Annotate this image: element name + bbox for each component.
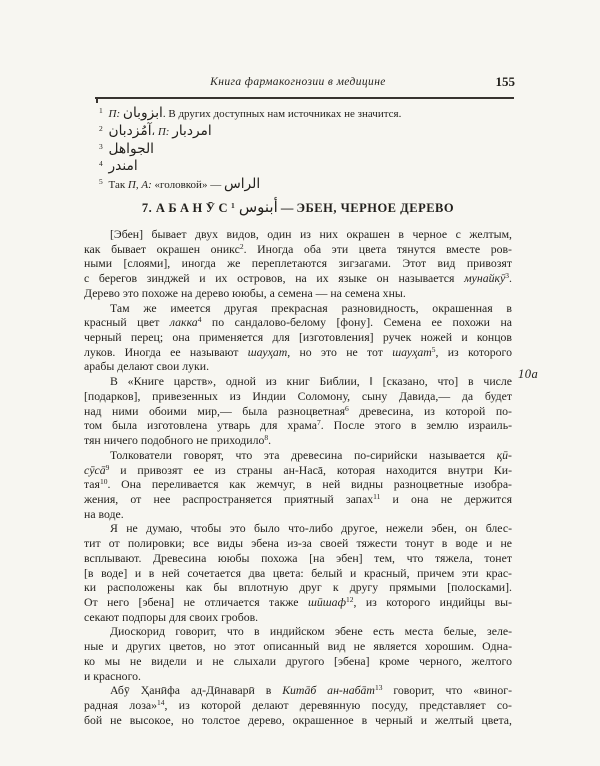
text-line: секают подпоры для своих гробов.	[84, 610, 512, 625]
text-line: ные и других цветов, но этот описанный в…	[84, 639, 512, 654]
footnote-marker: 1	[231, 201, 235, 210]
footnotes-block: 1 П: ابزوبان. В других доступных нам ист…	[99, 105, 515, 194]
footnote-marker: 11	[373, 492, 380, 501]
footnote-marker: 7	[317, 418, 321, 427]
footnote-marker: 13	[375, 683, 383, 692]
text-line: тая10. Она переливается как жемчуг, в не…	[84, 477, 512, 492]
arabic-text: أبنوس	[239, 198, 278, 216]
footnote-marker: 3	[505, 271, 509, 280]
paragraph: [Эбен] бывает двух видов, один из них ок…	[84, 227, 512, 301]
text-line: красный цвет лакка4 по сандалово-белому …	[84, 315, 512, 330]
text-line: Там же имеется другая прекрасная разнови…	[84, 301, 512, 316]
paragraph: Диоскорид говорит, что в индийском эбене…	[84, 624, 512, 683]
footnote-marker: 14	[157, 698, 165, 707]
footnote-marker: 2	[99, 124, 103, 133]
text-line: ки расположены как бы вплотную друг к др…	[84, 580, 512, 595]
text-line: От него [эбена] не отличается также шӣша…	[84, 595, 512, 610]
page-number: 155	[496, 74, 516, 90]
footnote: 1 П: ابزوبان. В других доступных нам ист…	[99, 105, 515, 123]
text-line: черный перец; она применяется для [изгот…	[84, 330, 512, 345]
body-text: [Эбен] бывает двух видов, один из них ок…	[84, 227, 512, 727]
paragraph: В «Книге царств», одной из книг Библии, …	[84, 374, 512, 448]
footnote-marker: 6	[345, 404, 349, 413]
text-line: как бывает окрашен оникс2. Иногда оба эт…	[84, 242, 512, 257]
text-line: ными [слоями], иногда же переплетаются з…	[84, 256, 512, 271]
arabic-text: آمُزدبان	[109, 123, 152, 139]
arabic-text: امردبار	[172, 123, 212, 139]
header-rule	[95, 97, 514, 99]
footnote-marker: 10	[100, 477, 108, 486]
text-line: Я не думаю, чтобы это было что-либо друг…	[84, 521, 512, 536]
footnote-marker: 4	[198, 315, 202, 324]
paragraph: Толкователи говорят, что эта древесина п…	[84, 448, 512, 522]
text-line: сӯсā9 и привозят ее из страны ан-Насā, к…	[84, 463, 512, 478]
footnote-marker: 2	[240, 242, 244, 251]
page-header: Книга фармакогнозии в медицине 155	[84, 76, 512, 92]
running-head: Книга фармакогнозии в медицине	[84, 76, 512, 88]
arabic-text: ابزوبان	[123, 105, 163, 121]
text-line: тит от полировки; все виды эбена из-за с…	[84, 536, 512, 551]
footnote-marker: 4	[99, 159, 103, 168]
footnote-marker: 3	[99, 142, 103, 151]
scanned-book-page: Книга фармакогнозии в медицине 155 1 П: …	[0, 0, 600, 766]
footnote: 4 امندر	[99, 158, 515, 176]
footnote-marker: 8	[264, 433, 268, 442]
arabic-text: الجواهل	[109, 141, 154, 157]
folio-margin-note: 10а	[518, 367, 538, 382]
text-line: радная лоза»14, из которой делают деревя…	[84, 698, 512, 713]
footnote: 2 آمُزدبان، П: امردبار	[99, 123, 515, 141]
arabic-text: الراس	[224, 176, 260, 192]
footnote-marker: 5	[99, 177, 103, 186]
paragraph: Там же имеется другая прекрасная разнови…	[84, 301, 512, 375]
footnote-marker: 12	[346, 595, 354, 604]
footnote-marker: 1	[99, 106, 103, 115]
text-line: Диоскорид говорит, что в индийском эбене…	[84, 624, 512, 639]
text-line: [Эбен] бывает двух видов, один из них ок…	[84, 227, 512, 242]
text-line: В «Книге царств», одной из книг Библии, …	[84, 374, 512, 389]
text-line: арабы делают свои луки.	[84, 359, 512, 374]
footnote-marker: 9	[106, 463, 110, 472]
paragraph: Я не думаю, чтобы это было что-либо друг…	[84, 521, 512, 624]
text-line: бой не высокое, но толстое дерево, окраш…	[84, 713, 512, 728]
text-line: ко мы не видели и не слыхали другого [эб…	[84, 654, 512, 669]
text-line: всплывают. Древесина ююбы похожа [на эбе…	[84, 551, 512, 566]
text-line: том была изготовлена утварь для храма7. …	[84, 418, 512, 433]
text-line: на воде.	[84, 507, 512, 522]
text-line: и красного.	[84, 669, 512, 684]
paragraph: Абӯ Ҳанӣфа ад-Дӣнаварӣ в Китāб ан-набāт1…	[84, 683, 512, 727]
text-line: Дерево это похоже на дерево ююбы, а семе…	[84, 286, 512, 301]
footnote: 5 Так П, А: «головкой» — الراس	[99, 176, 515, 194]
text-line: с берегов зинджей и их островов, на их я…	[84, 271, 512, 286]
text-line: жения, от нее распространяется приятный …	[84, 492, 512, 507]
text-line: [подарков], привезенных из Индии Соломон…	[84, 389, 512, 404]
text-line: [в воде] и в ней сочетается два цвета: б…	[84, 566, 512, 581]
footnote-marker: 5	[432, 345, 436, 354]
text-line: Толкователи говорят, что эта древесина п…	[84, 448, 512, 463]
footnote: 3 الجواهل	[99, 141, 515, 159]
chapter-heading: 7. АБАНӮС1 أبنوس — ЭБЕН, ЧЕРНОЕ ДЕРЕВО	[84, 198, 512, 216]
arabic-text: امندر	[109, 158, 138, 174]
text-line: Абӯ Ҳанӣфа ад-Дӣнаварӣ в Китāб ан-набāт1…	[84, 683, 512, 698]
text-line: тян ничего подобного не приходило8.	[84, 433, 512, 448]
text-line: над ними обоими мир,— была разноцветная6…	[84, 404, 512, 419]
text-line: луков. Иногда ее называют шауҳат, но это…	[84, 345, 512, 360]
